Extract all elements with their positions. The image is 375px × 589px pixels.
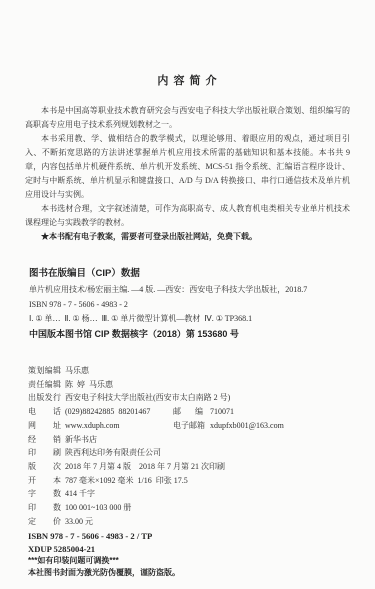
colophon-value: 414 千字: [65, 487, 95, 501]
colophon-label: 邮编: [173, 405, 203, 419]
cip-heading: 图书在版编目（CIP）数据: [29, 267, 355, 280]
colophon-value: 2018 年 7 月第 4 版 2018 年 7 月第 21 次印刷: [65, 460, 225, 474]
colophon-label: 经销: [28, 433, 61, 447]
cip-block: 图书在版编目（CIP）数据 单片机应用技术/杨宏丽主编. —4 版. —西安：西…: [29, 267, 355, 341]
footer-isbn: ISBN 978 - 7 - 5606 - 4983 - 2 / TP: [28, 530, 360, 542]
ebook-download-note: ★本书配有电子教案，需要者可登录出版社网站，免费下载。: [25, 230, 350, 244]
colophon-label: 策划编辑: [28, 364, 61, 378]
colophon-value: 陈 婷 马乐惠: [65, 378, 113, 392]
colophon-label: 出版发行: [28, 391, 61, 405]
summary-title: 内 容 简 介: [0, 0, 375, 88]
colophon-label: 开本: [28, 474, 61, 488]
colophon-row: 字数414 千字: [28, 487, 360, 501]
colophon-label: 网址: [28, 419, 61, 433]
colophon-row: 定价33.00 元: [28, 515, 360, 529]
colophon-row: 印数100 001~103 000 册: [28, 501, 360, 515]
colophon-label: 定价: [28, 515, 61, 529]
colophon-label: 责任编辑: [28, 378, 61, 392]
colophon-row: 电话(029)88242885 88201467邮编710071: [28, 405, 360, 419]
colophon-value: 787 毫米×1092 毫米 1/16 印张 17.5: [65, 474, 188, 488]
cip-classification-line: Ⅰ. ① 单… Ⅱ. ① 杨… Ⅲ. ① 单片微型计算机—教材 Ⅳ. ① TP3…: [29, 312, 355, 327]
cip-isbn-line: ISBN 978 - 7 - 5606 - 4983 - 2: [29, 298, 355, 313]
colophon-row: 网址www.xduph.com电子邮箱xdupfxb001@163.com: [28, 419, 360, 433]
colophon-row: 经销新华书店: [28, 433, 360, 447]
footer-exchange-note: ***如有印装问题可调换***: [28, 555, 360, 567]
summary-section: 本书是中国高等职业技术教育研究会与西安电子科技大学出版社联合策划、组织编写的高职…: [25, 104, 350, 230]
colophon-value: xdupfxb001@163.com: [210, 419, 284, 433]
colophon-row: 版次2018 年 7 月第 4 版 2018 年 7 月第 21 次印刷: [28, 460, 360, 474]
cip-title-line: 单片机应用技术/杨宏丽主编. —4 版. —西安：西安电子科技大学出版社，201…: [29, 283, 355, 298]
colophon-value: 100 001~103 000 册: [65, 501, 131, 515]
footer-block: ISBN 978 - 7 - 5606 - 4983 - 2 / TP XDUP…: [28, 530, 360, 579]
summary-paragraph: 本书选材合理，文字叙述清楚，可作为高职高专、成人教育机电类相关专业单片机技术课程…: [25, 202, 350, 230]
colophon-row: 责任编辑陈 婷 马乐惠: [28, 378, 360, 392]
summary-paragraph: 本书是中国高等职业技术教育研究会与西安电子科技大学出版社联合策划、组织编写的高职…: [25, 104, 350, 132]
summary-paragraph: 本书采用教、学、做相结合的教学模式，以理论够用、着眼应用的观点，通过项目引入、不…: [25, 132, 350, 202]
colophon-label: 电话: [28, 405, 61, 419]
colophon-label: 电子邮箱: [173, 419, 203, 433]
footer-book-code: XDUP 5285004-21: [28, 543, 360, 555]
colophon-label: 字数: [28, 487, 61, 501]
colophon-value: www.xduph.com: [65, 419, 173, 433]
book-copyright-page: 内 容 简 介 本书是中国高等职业技术教育研究会与西安电子科技大学出版社联合策划…: [0, 0, 375, 589]
colophon-value: 33.00 元: [65, 515, 93, 529]
colophon-value: 陕西利达印务有限责任公司: [65, 446, 161, 460]
colophon-value: 马乐惠: [65, 364, 89, 378]
colophon-value: (029)88242885 88201467: [65, 405, 173, 419]
cip-registry-line: 中国版本图书馆 CIP 数据核字（2018）第 153680 号: [29, 327, 355, 342]
colophon-value: 西安电子科技大学出版社(西安市太白南路 2 号): [65, 391, 230, 405]
colophon-row: 出版发行西安电子科技大学出版社(西安市太白南路 2 号): [28, 391, 360, 405]
colophon-value: 新华书店: [65, 433, 97, 447]
footer-antipiracy-note: 本社图书封面为激光防伪覆膜，谨防盗版。: [28, 567, 360, 579]
colophon-label: 印数: [28, 501, 61, 515]
colophon-row: 策划编辑马乐惠: [28, 364, 360, 378]
colophon-label: 版次: [28, 460, 61, 474]
colophon-row: 印刷陕西利达印务有限责任公司: [28, 446, 360, 460]
colophon-row: 开本787 毫米×1092 毫米 1/16 印张 17.5: [28, 474, 360, 488]
colophon-label: 印刷: [28, 446, 61, 460]
colophon-value: 710071: [210, 405, 234, 419]
colophon-block: 策划编辑马乐惠责任编辑陈 婷 马乐惠出版发行西安电子科技大学出版社(西安市太白南…: [28, 364, 360, 528]
